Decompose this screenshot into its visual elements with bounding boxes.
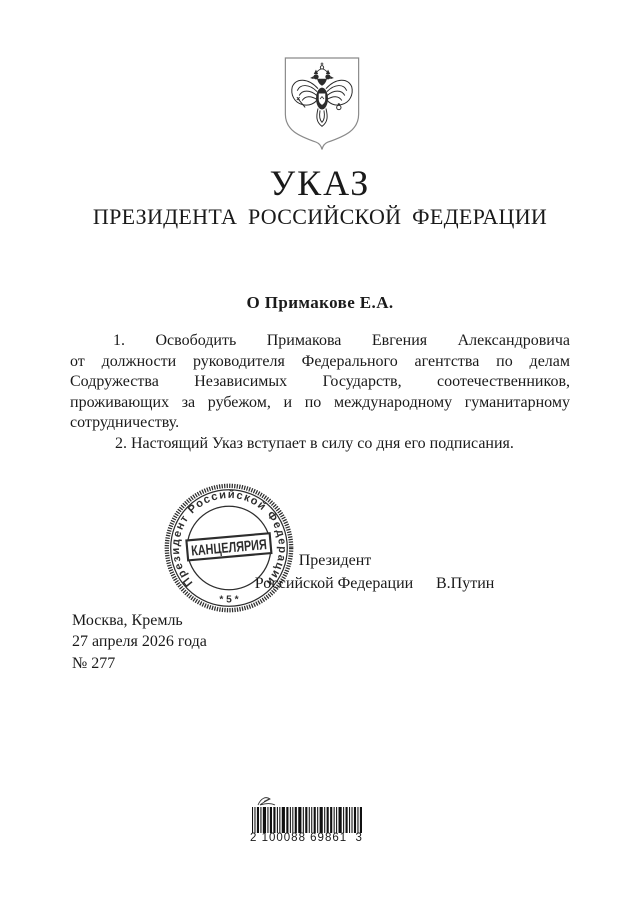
decree-paragraph: 1. Освободить Примакова Евгения Александ… <box>70 331 570 352</box>
decree-paragraph: сотрудничеству. <box>70 413 570 434</box>
footer-number: № 277 <box>72 653 207 674</box>
stamp-bottom-text: * 5 * <box>219 594 238 605</box>
decree-paragraph: 2. Настоящий Указ вступает в силу со дня… <box>70 434 570 455</box>
footer-date: 27 апреля 2026 года <box>72 631 207 652</box>
decree-paragraph: Содружества Независимых Государств, соот… <box>70 372 570 393</box>
barcode-digits: 2 100088 69861 3 <box>250 832 380 844</box>
barcode-bars <box>252 807 362 833</box>
coat-of-arms-icon <box>282 55 362 154</box>
signature-name: В.Путин <box>436 575 494 593</box>
decree-paragraph: проживающих за рубежом, и по международн… <box>70 393 570 414</box>
place-date-block: Москва, Кремль 27 апреля 2026 года № 277 <box>72 610 207 674</box>
decree-page: УКАЗ ПРЕЗИДЕНТА РОССИЙСКОЙ ФЕДЕРАЦИИ О П… <box>0 0 640 905</box>
page-title: УКАЗ <box>0 162 640 204</box>
chancellery-stamp-icon: Президент Российской Федерации * 5 * КАН… <box>161 480 297 616</box>
decree-subject-heading: О Примакове Е.А. <box>0 293 640 313</box>
decree-body: 1. Освободить Примакова Евгения Александ… <box>70 331 570 455</box>
page-subtitle: ПРЕЗИДЕНТА РОССИЙСКОЙ ФЕДЕРАЦИИ <box>0 204 640 230</box>
decree-paragraph: от должности руководителя Федерального а… <box>70 352 570 373</box>
